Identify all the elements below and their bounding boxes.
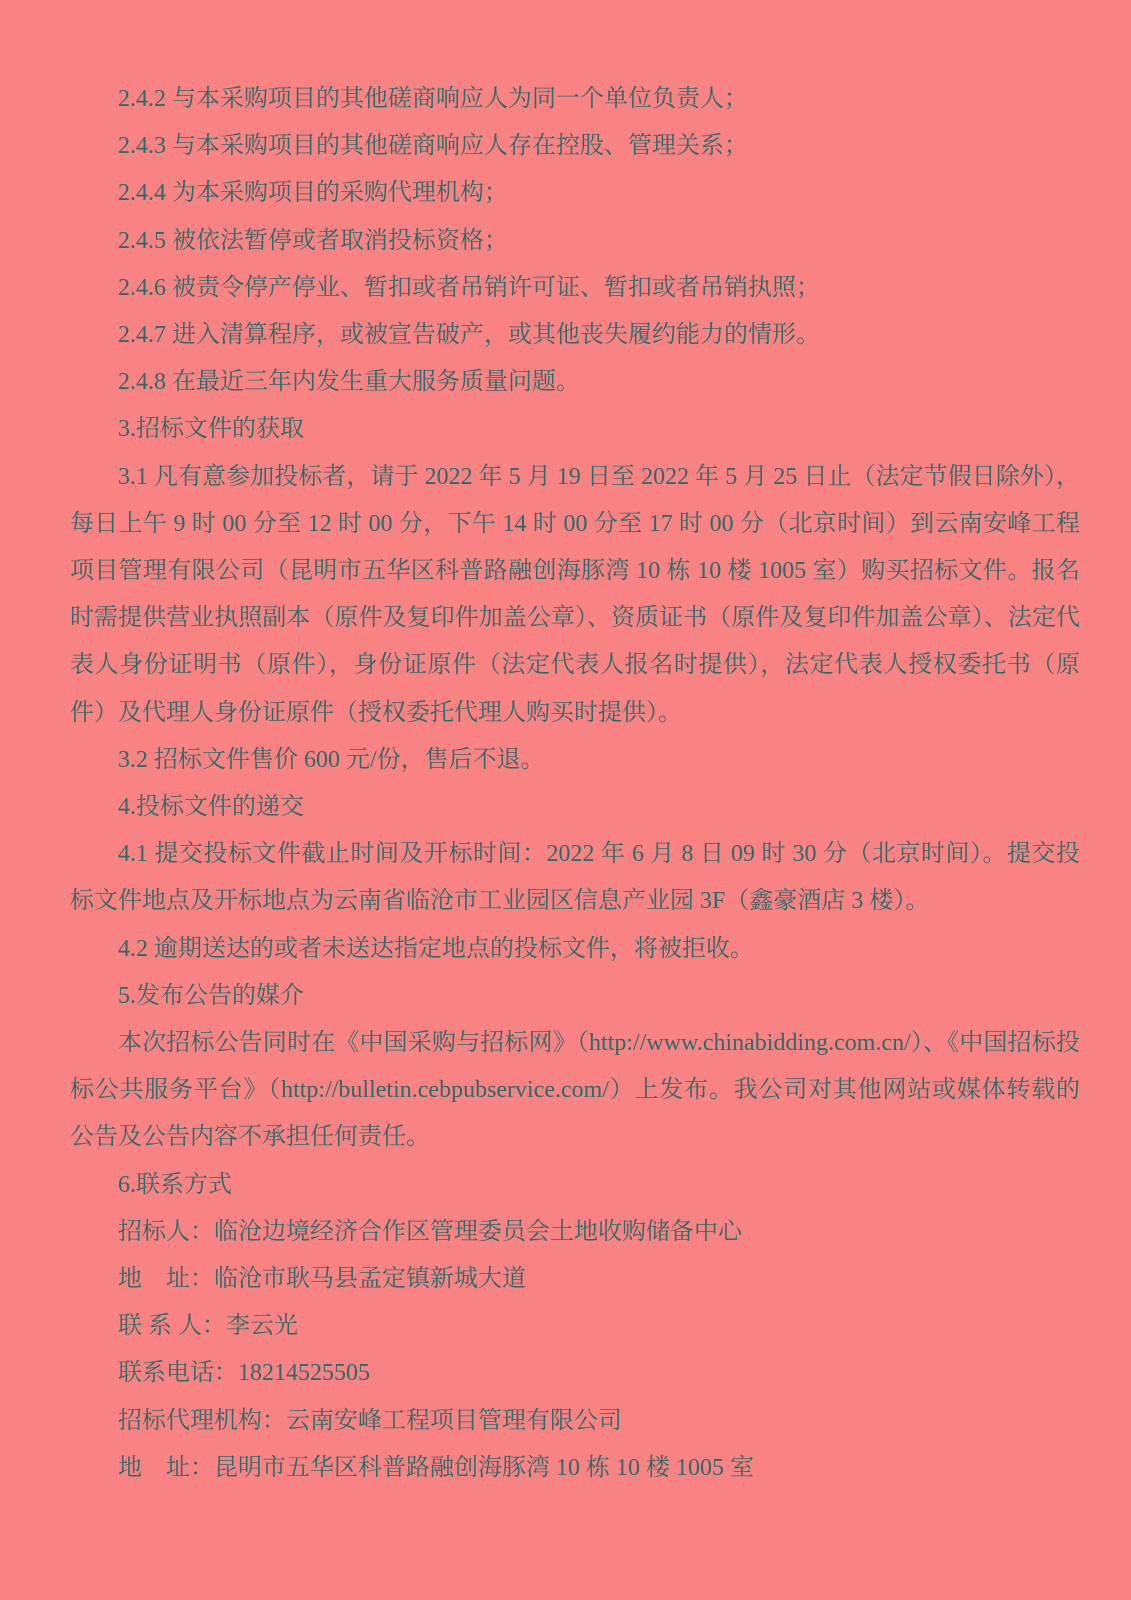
paragraph: 联系电话：18214525505	[70, 1350, 1080, 1397]
paragraph: 5.发布公告的媒介	[70, 973, 1080, 1020]
paragraph: 4.1 提交投标文件截止时间及开标时间：2022 年 6 月 8 日 09 时 …	[70, 831, 1080, 925]
document-body: 2.4.2 与本采购项目的其他磋商响应人为同一个单位负责人；2.4.3 与本采购…	[0, 0, 1131, 1492]
paragraph: 联 系 人：李云光	[70, 1303, 1080, 1350]
paragraph: 3.1 凡有意参加投标者，请于 2022 年 5 月 19 日至 2022 年 …	[70, 454, 1080, 737]
paragraph: 4.投标文件的递交	[70, 784, 1080, 831]
paragraph: 6.联系方式	[70, 1162, 1080, 1209]
document-page: 2.4.2 与本采购项目的其他磋商响应人为同一个单位负责人；2.4.3 与本采购…	[0, 0, 1131, 1600]
paragraph: 3.招标文件的获取	[70, 406, 1080, 453]
paragraph: 招标代理机构：云南安峰工程项目管理有限公司	[70, 1398, 1080, 1445]
paragraph: 2.4.6 被责令停产停业、暂扣或者吊销许可证、暂扣或者吊销执照；	[70, 265, 1080, 312]
paragraph: 招标人：临沧边境经济合作区管理委员会土地收购储备中心	[70, 1209, 1080, 1256]
paragraph: 地 址：昆明市五华区科普路融创海豚湾 10 栋 10 楼 1005 室	[70, 1445, 1080, 1492]
paragraph: 2.4.5 被依法暂停或者取消投标资格；	[70, 218, 1080, 265]
paragraph: 本次招标公告同时在《中国采购与招标网》（http://www.chinabidd…	[70, 1020, 1080, 1162]
paragraph: 3.2 招标文件售价 600 元/份，售后不退。	[70, 737, 1080, 784]
paragraph: 2.4.2 与本采购项目的其他磋商响应人为同一个单位负责人；	[70, 76, 1080, 123]
paragraph: 2.4.7 进入清算程序，或被宣告破产，或其他丧失履约能力的情形。	[70, 312, 1080, 359]
paragraph: 2.4.8 在最近三年内发生重大服务质量问题。	[70, 359, 1080, 406]
paragraph: 2.4.3 与本采购项目的其他磋商响应人存在控股、管理关系；	[70, 123, 1080, 170]
paragraph: 4.2 逾期送达的或者未送达指定地点的投标文件，将被拒收。	[70, 926, 1080, 973]
paragraph: 地 址：临沧市耿马县孟定镇新城大道	[70, 1256, 1080, 1303]
paragraph: 2.4.4 为本采购项目的采购代理机构；	[70, 170, 1080, 217]
